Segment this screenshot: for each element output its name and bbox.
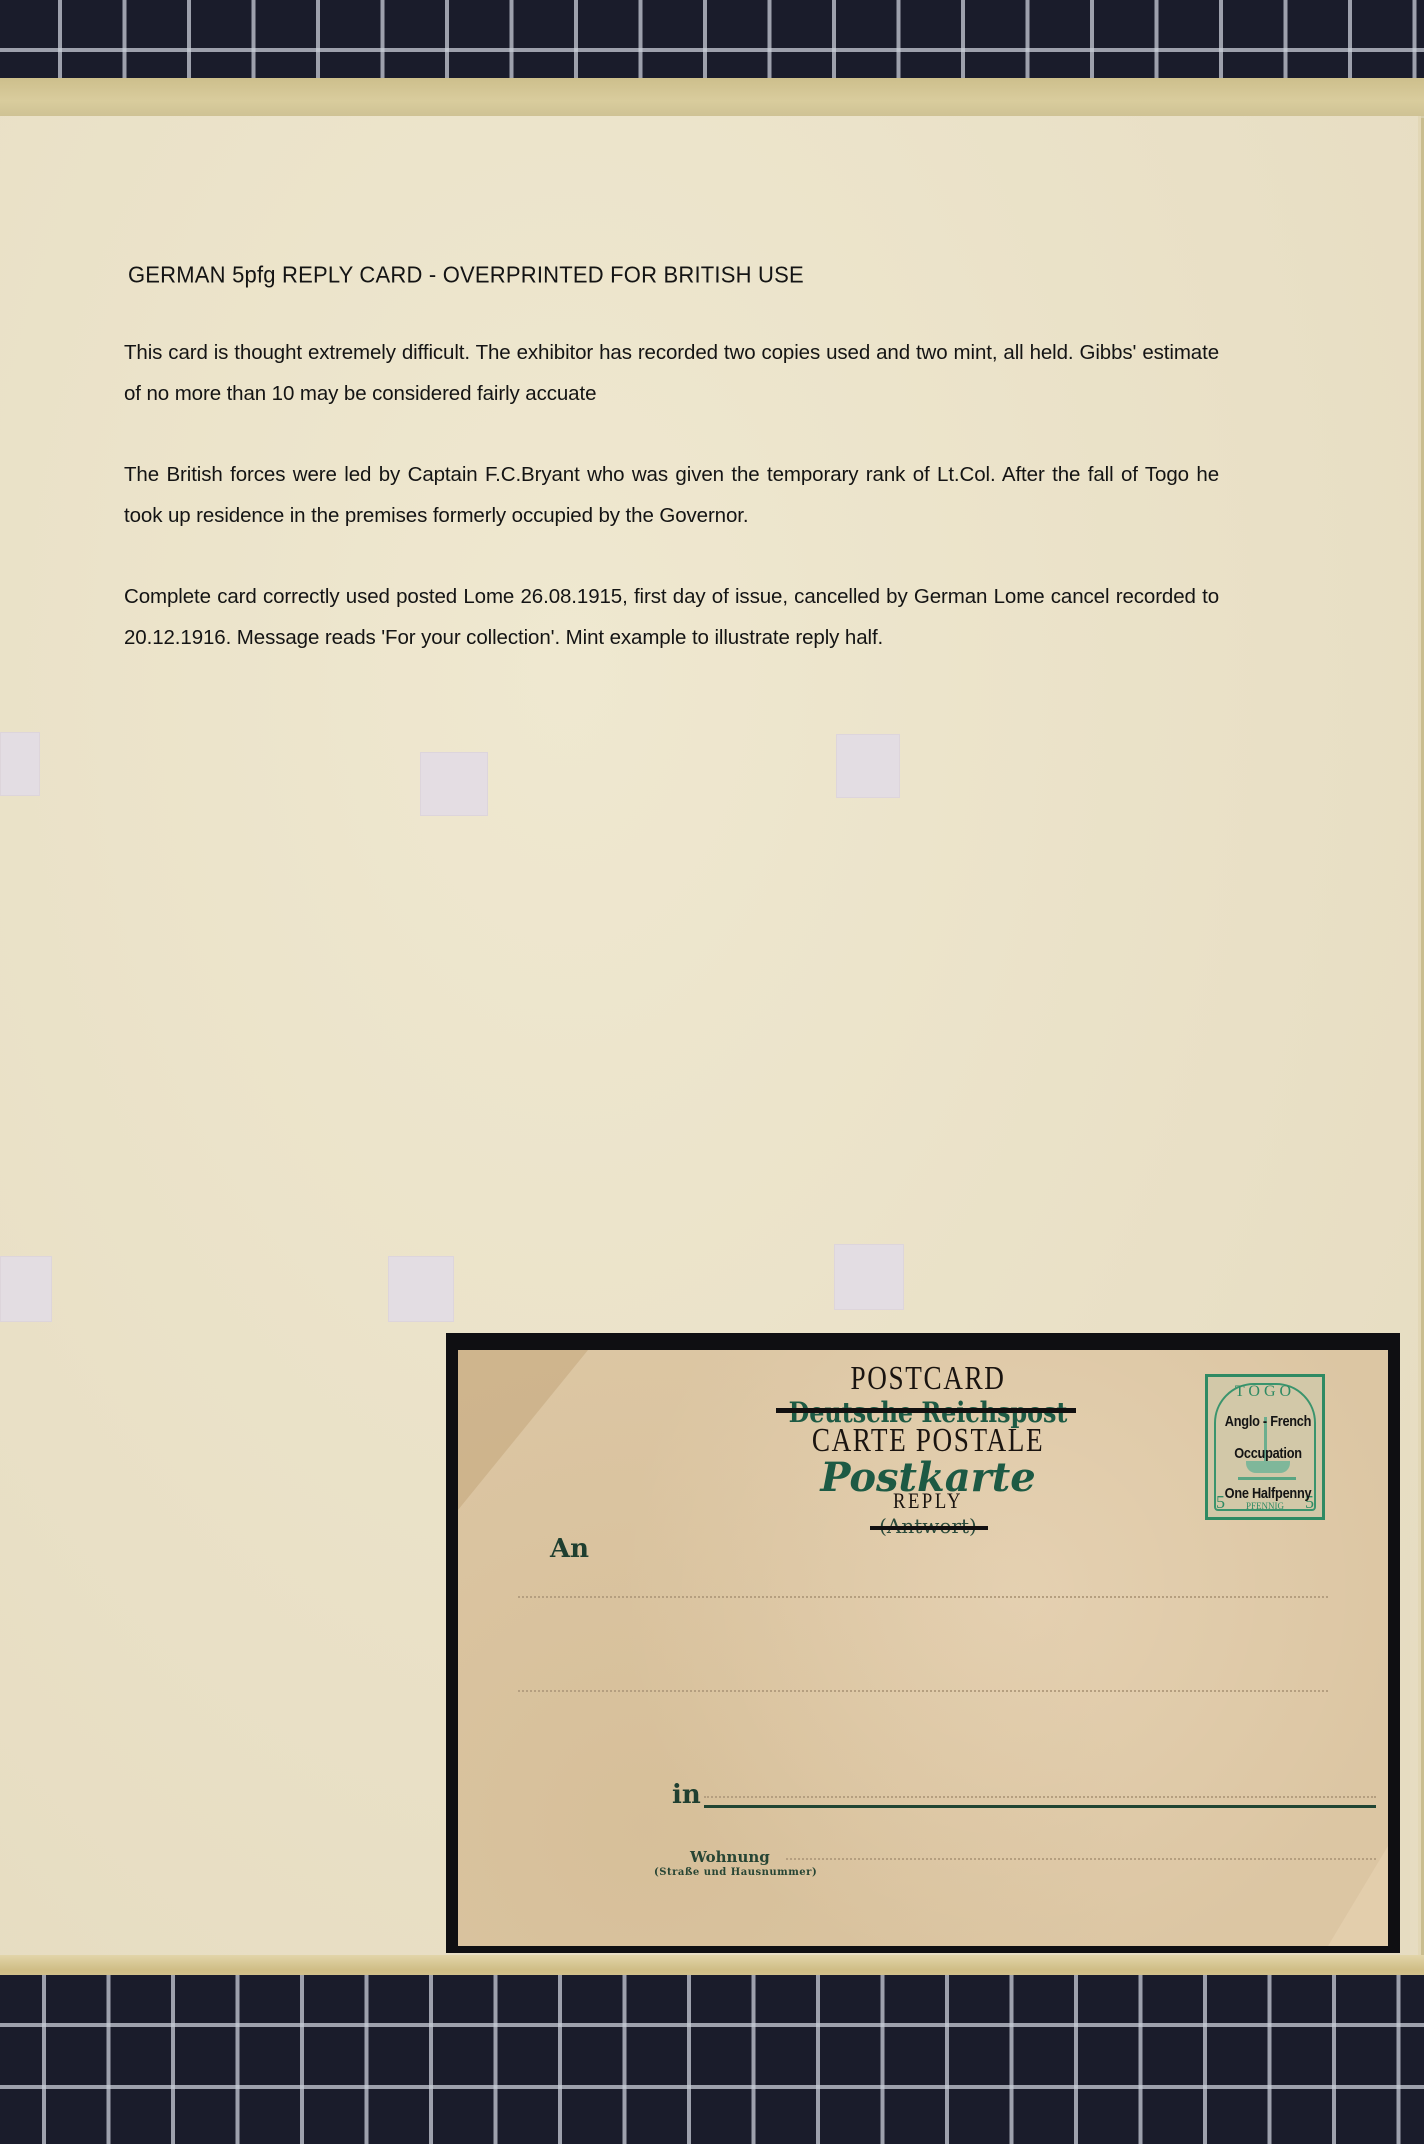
stockbook-grid-bottom	[0, 1975, 1424, 2144]
stamp-denomination: PFENNIG	[1208, 1501, 1322, 1511]
mount-corner	[1328, 1846, 1388, 1946]
address-line	[704, 1796, 1376, 1798]
hinge-mark	[836, 734, 900, 798]
address-label-an: An	[550, 1534, 589, 1564]
writeup-paragraph: This card is thought extremely difficult…	[124, 332, 1219, 414]
imprinted-stamp: TOGO 5 5 PFENNIG Anglo - French Occupati…	[1205, 1374, 1325, 1520]
address-line	[786, 1858, 1376, 1860]
address-label-strasse: (Straße und Hausnummer)	[654, 1867, 817, 1878]
page-protector-edge	[0, 78, 1424, 118]
writeup-paragraph: Complete card correctly used posted Lome…	[124, 576, 1219, 658]
address-label-in: in	[672, 1780, 701, 1810]
mount-corner	[458, 1350, 588, 1510]
stockbook-grid-top	[0, 0, 1424, 78]
address-underline	[704, 1805, 1376, 1808]
strikethrough-bar	[776, 1408, 1076, 1413]
postcard-heading-english: POSTCARD	[776, 1360, 1080, 1398]
address-line	[518, 1690, 1328, 1692]
address-label-wohnung: Wohnung	[690, 1848, 770, 1866]
hinge-mark	[0, 1256, 52, 1322]
hinge-mark	[0, 732, 40, 796]
strikethrough-bar	[870, 1526, 988, 1530]
overprint-line: Occupation	[1214, 1445, 1323, 1462]
postcard-heading-reply: REPLY	[767, 1488, 1090, 1514]
writeup: GERMAN 5pfg REPLY CARD - OVERPRINTED FOR…	[124, 262, 1219, 698]
postcard: POSTCARD Deutsche Reichspost CARTE POSTA…	[458, 1350, 1388, 1946]
overprint-line: One Halfpenny	[1214, 1485, 1323, 1502]
hinge-mark	[388, 1256, 454, 1322]
writeup-paragraph: The British forces were led by Captain F…	[124, 454, 1219, 536]
writeup-title: GERMAN 5pfg REPLY CARD - OVERPRINTED FOR…	[128, 261, 1219, 288]
address-line	[518, 1596, 1328, 1598]
hinge-mark	[834, 1244, 904, 1310]
overprint-line: Anglo - French	[1214, 1413, 1323, 1430]
stamp-country: TOGO	[1208, 1383, 1322, 1401]
hinge-mark	[420, 752, 488, 816]
